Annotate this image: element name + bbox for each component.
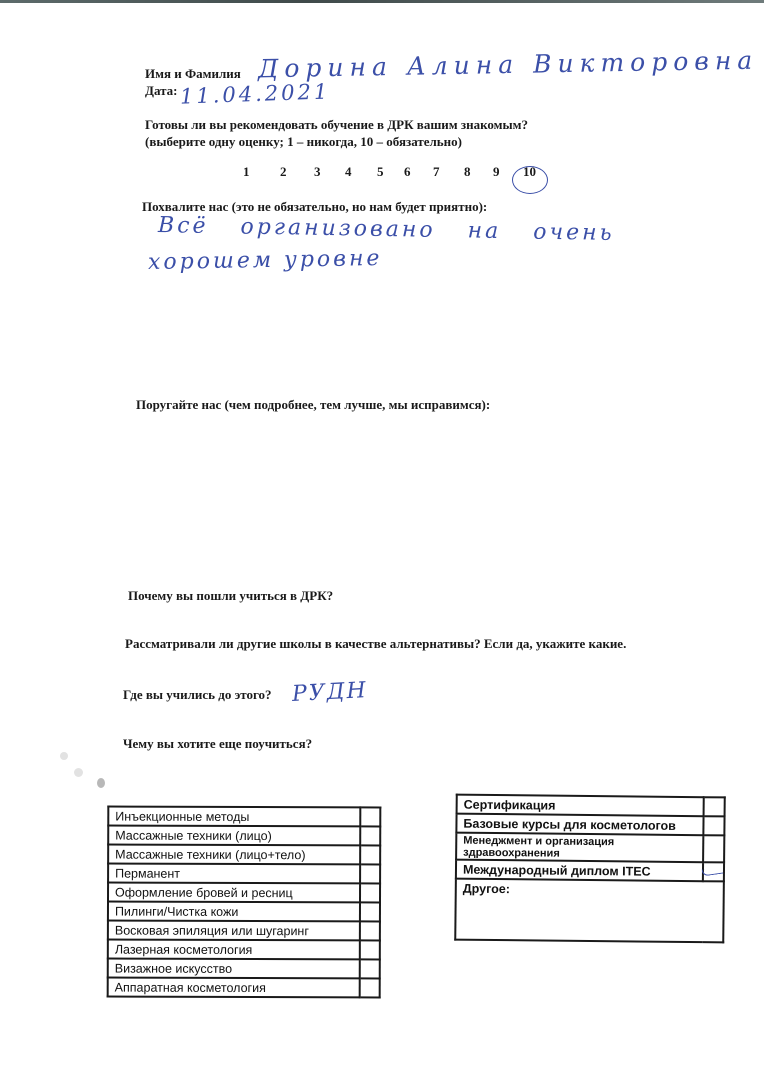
criticize-question: Поругайте нас (чем подробнее, тем лучше,… [136, 397, 490, 413]
rating-option-1[interactable]: 1 [243, 164, 250, 180]
checkbox[interactable] [703, 797, 724, 816]
rating-option-9[interactable]: 9 [493, 164, 500, 180]
course-label: Инъекционные методы [108, 807, 360, 827]
table-row: Аппаратная косметология [108, 978, 380, 998]
checkbox[interactable] [360, 921, 380, 940]
rating-option-7[interactable]: 7 [433, 164, 440, 180]
checkbox[interactable] [360, 902, 380, 921]
course-label: Сертификация [457, 795, 704, 817]
name-field[interactable]: Дорина Алина Викторовна [258, 46, 759, 84]
checkbox[interactable] [360, 883, 380, 902]
checkbox[interactable] [360, 959, 380, 978]
course-label: Перманент [108, 864, 360, 884]
checkbox[interactable] [703, 816, 724, 835]
praise-answer-line1[interactable]: Всё организовано на очень [158, 213, 615, 246]
table-row: Массажные техники (лицо+тело) [108, 845, 380, 865]
checkbox[interactable] [360, 807, 380, 826]
scan-smudge [60, 752, 68, 760]
name-label: Имя и Фамилия [145, 66, 241, 82]
course-label: Менеджмент и организация здравоохранения [456, 833, 703, 863]
rating-option-6[interactable]: 6 [404, 164, 411, 180]
table-row: Пилинги/Чистка кожи [108, 902, 380, 922]
table-row: Визажное искусство [108, 959, 380, 979]
checkbox[interactable] [703, 835, 724, 862]
rating-option-2[interactable]: 2 [280, 164, 287, 180]
table-row: Перманент [108, 864, 380, 884]
checkbox[interactable] [360, 864, 380, 883]
checkbox[interactable] [360, 940, 380, 959]
course-label: Базовые курсы для косметологов [456, 814, 703, 836]
table-row: Другое: [455, 879, 724, 943]
recommend-question: Готовы ли вы рекомендовать обучение в ДР… [145, 117, 528, 133]
praise-answer-line2[interactable]: хорошем уровне [148, 246, 383, 275]
rating-option-8[interactable]: 8 [464, 164, 471, 180]
table-row: Массажные техники (лицо) [108, 826, 380, 846]
praise-question: Похвалите нас (это не обязательно, но на… [142, 199, 487, 215]
rating-option-4[interactable]: 4 [345, 164, 352, 180]
previous-school-question: Где вы учились до этого? [123, 687, 272, 703]
course-checklist-right: Сертификация Базовые курсы для косметоло… [454, 794, 726, 944]
table-row: Восковая эпиляция или шугаринг [108, 921, 380, 941]
course-label: Массажные техники (лицо) [108, 826, 360, 846]
table-row: Лазерная косметология [108, 940, 380, 960]
scan-edge [0, 0, 764, 3]
rating-option-5[interactable]: 5 [377, 164, 384, 180]
other-cell[interactable]: Другое: [455, 879, 724, 943]
date-label: Дата: [145, 83, 177, 99]
learn-more-question: Чему вы хотите еще поучиться? [123, 736, 312, 752]
table-row: Менеджмент и организация здравоохранения [456, 833, 724, 863]
table-row: Оформление бровей и ресниц [108, 883, 380, 903]
previous-school-answer[interactable]: РУДН [291, 678, 368, 707]
course-label: Восковая эпиляция или шугаринг [108, 921, 360, 941]
why-question: Почему вы пошли учиться в ДРК? [128, 588, 333, 604]
course-label: Массажные техники (лицо+тело) [108, 845, 360, 865]
course-checklist-left: Инъекционные методы Массажные техники (л… [107, 806, 382, 999]
scan-smudge [97, 778, 105, 788]
checkbox[interactable] [360, 978, 380, 997]
other-label: Другое: [463, 882, 510, 896]
date-field[interactable]: 11.04.2021 [180, 79, 331, 108]
course-label: Оформление бровей и ресниц [108, 883, 360, 903]
course-label: Пилинги/Чистка кожи [108, 902, 360, 922]
scan-smudge [74, 768, 83, 777]
alternatives-question: Рассматривали ли другие школы в качестве… [125, 636, 626, 652]
course-label: Международный диплом ITEC [456, 860, 703, 882]
course-label: Лазерная косметология [108, 940, 360, 960]
checkbox[interactable] [360, 826, 380, 845]
selected-rating-circle [512, 166, 548, 194]
checkbox[interactable] [360, 845, 380, 864]
rating-option-3[interactable]: 3 [314, 164, 321, 180]
course-label: Визажное искусство [108, 959, 360, 979]
course-label: Аппаратная косметология [108, 978, 360, 998]
table-row: Инъекционные методы [108, 807, 380, 827]
recommend-hint: (выберите одну оценку; 1 – никогда, 10 –… [145, 134, 462, 150]
